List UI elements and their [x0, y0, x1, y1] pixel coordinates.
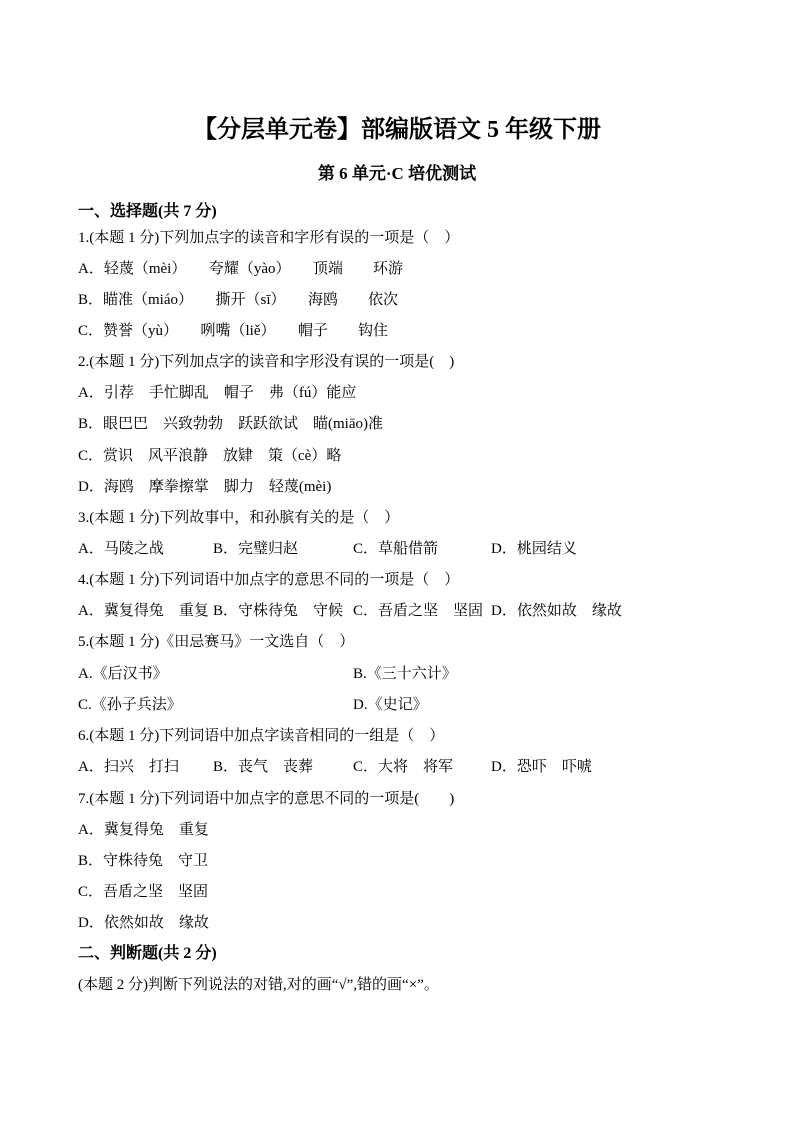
exam-title: 【分层单元卷】部编版语文 5 年级下册 [0, 119, 794, 141]
q1-option-c: C．赞誉（yù） 咧嘴（liě） 帽子 钩住 [78, 320, 388, 342]
q1-stem: 1.(本题 1 分)下列加点字的读音和字形有误的一项是（ ） [78, 227, 459, 249]
q7-stem: 7.(本题 1 分)下列词语中加点字的意思不同的一项是( ) [78, 788, 454, 810]
q5-option-d: D.《史记》 [353, 694, 428, 716]
q7-option-d: D．依然如故 缘故 [78, 912, 209, 934]
q5-option-a: A.《后汉书》 [78, 663, 168, 685]
q5-options-row-2: C.《孙子兵法》 D.《史记》 [0, 694, 794, 716]
q3-option-d: D．桃园结义 [491, 538, 577, 560]
q7-option-b: B．守株待兔 守卫 [78, 850, 208, 872]
q6-option-c: C．大将 将军 [353, 756, 453, 778]
q2-option-b: B．眼巴巴 兴致勃勃 跃跃欲试 瞄(miāo)准 [78, 413, 383, 435]
q5-options-row-1: A.《后汉书》 B.《三十六计》 [0, 663, 794, 685]
q5-option-c: C.《孙子兵法》 [78, 694, 182, 716]
q3-option-c: C．草船借箭 [353, 538, 438, 560]
q6-options-row: A．扫兴 打扫 B．丧气 丧葬 C．大将 将军 D．恐吓 吓唬 [0, 756, 794, 778]
q6-option-a: A．扫兴 打扫 [78, 756, 179, 778]
q2-option-c: C．赏识 风平浪静 放肄 策（cè）略 [78, 445, 341, 467]
document-page: 【分层单元卷】部编版语文 5 年级下册 第 6 单元·C 培优测试 一、选择题(… [0, 0, 794, 1123]
section-1-heading: 一、选择题(共 7 分) [78, 201, 217, 223]
q1-option-a: A．轻蔑（mèi） 夸耀（yào） 顶端 环游 [78, 258, 403, 280]
q4-option-d: D．依然如故 缘故 [491, 600, 622, 622]
q3-option-b: B．完璧归赵 [213, 538, 298, 560]
q6-option-b: B．丧气 丧葬 [213, 756, 313, 778]
q4-option-c: C．吾盾之坚 坚固 [353, 600, 483, 622]
q3-option-a: A．马陵之战 [78, 538, 164, 560]
q2-option-a: A．引荐 手忙脚乱 帽子 弗（fú）能应 [78, 382, 356, 404]
q7-option-a: A．冀复得兔 重复 [78, 819, 209, 841]
q2-stem: 2.(本题 1 分)下列加点字的读音和字形没有误的一项是( ) [78, 351, 454, 373]
q3-stem: 3.(本题 1 分)下列故事中，和孙膑有关的是（ ） [78, 507, 399, 529]
exam-subtitle: 第 6 单元·C 培优测试 [0, 163, 794, 185]
q7-option-c: C．吾盾之坚 坚固 [78, 881, 208, 903]
q4-option-b: B．守株待兔 守候 [213, 600, 343, 622]
q4-option-a: A．冀复得兔 重复 [78, 600, 209, 622]
section-2-heading: 二、判断题(共 2 分) [78, 943, 217, 965]
q6-stem: 6.(本题 1 分)下列词语中加点字读音相同的一组是（ ） [78, 725, 444, 747]
q5-stem: 5.(本题 1 分)《田忌赛马》一文选自（ ） [78, 631, 354, 653]
q3-options-row: A．马陵之战 B．完璧归赵 C．草船借箭 D．桃园结义 [0, 538, 794, 560]
q4-stem: 4.(本题 1 分)下列词语中加点字的意思不同的一项是（ ） [78, 569, 459, 591]
q5-option-b: B.《三十六计》 [353, 663, 457, 685]
q4-options-row: A．冀复得兔 重复 B．守株待兔 守候 C．吾盾之坚 坚固 D．依然如故 缘故 [0, 600, 794, 622]
q6-option-d: D．恐吓 吓唬 [491, 756, 592, 778]
q1-option-b: B．瞄准（miáo） 撕开（sī） 海鸥 依次 [78, 289, 398, 311]
q2-option-d: D．海鸥 摩拳擦掌 脚力 轻蔑(mèi) [78, 476, 331, 498]
section-2-instruction: (本题 2 分)判断下列说法的对错,对的画“√”,错的画“×”。 [78, 974, 439, 996]
